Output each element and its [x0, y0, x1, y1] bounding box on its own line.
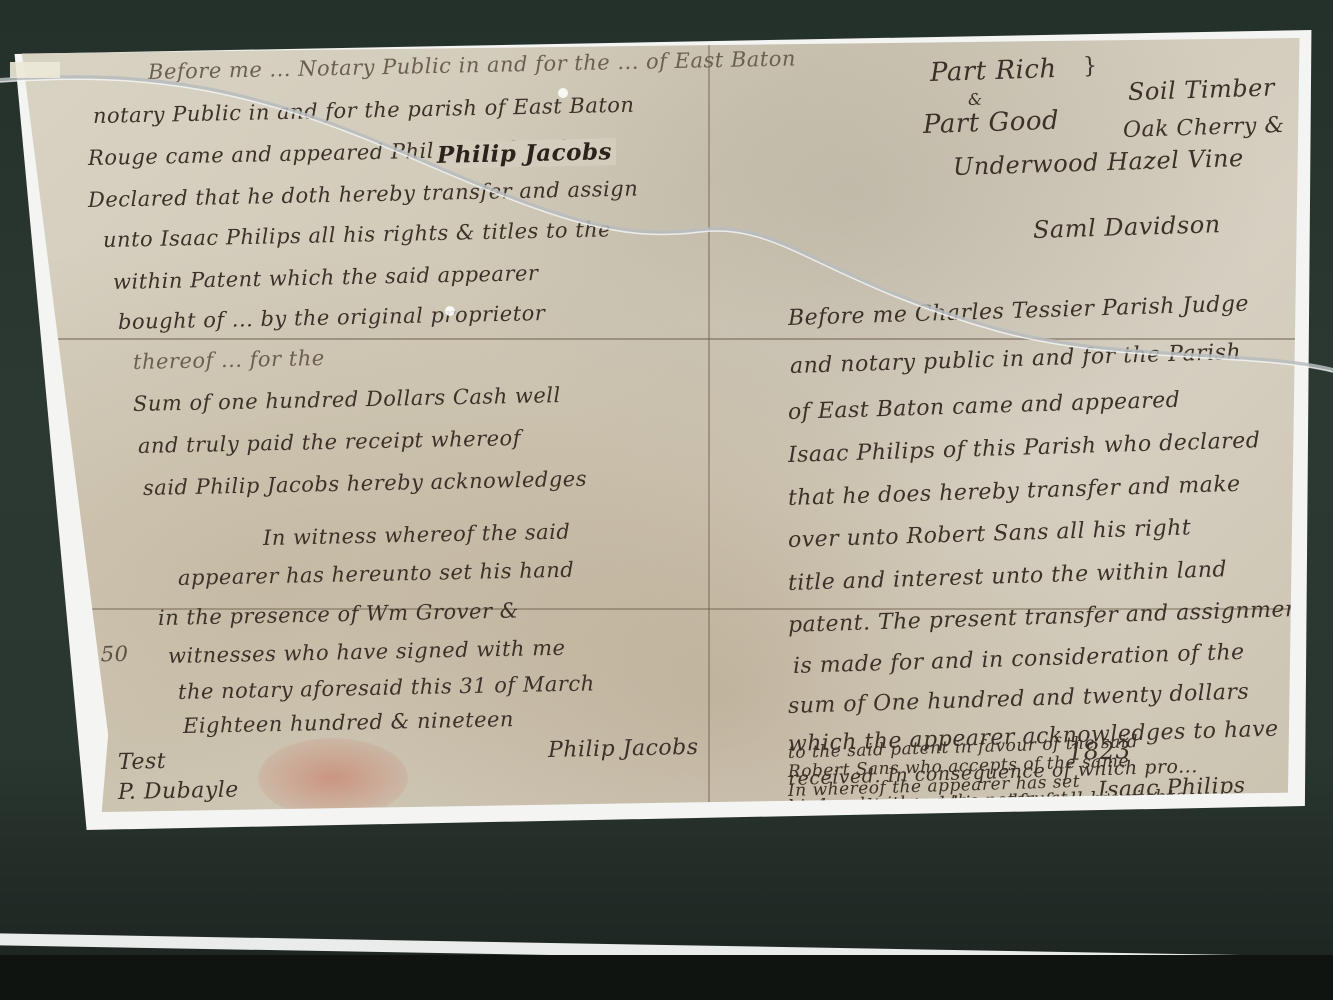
right-page-lower: to the said patent in favour of the said… [18, 38, 1306, 812]
frame-edge [0, 955, 1333, 1000]
glare-spot [558, 88, 568, 98]
glare-spot [445, 306, 455, 316]
year: 1823 [1068, 736, 1132, 766]
